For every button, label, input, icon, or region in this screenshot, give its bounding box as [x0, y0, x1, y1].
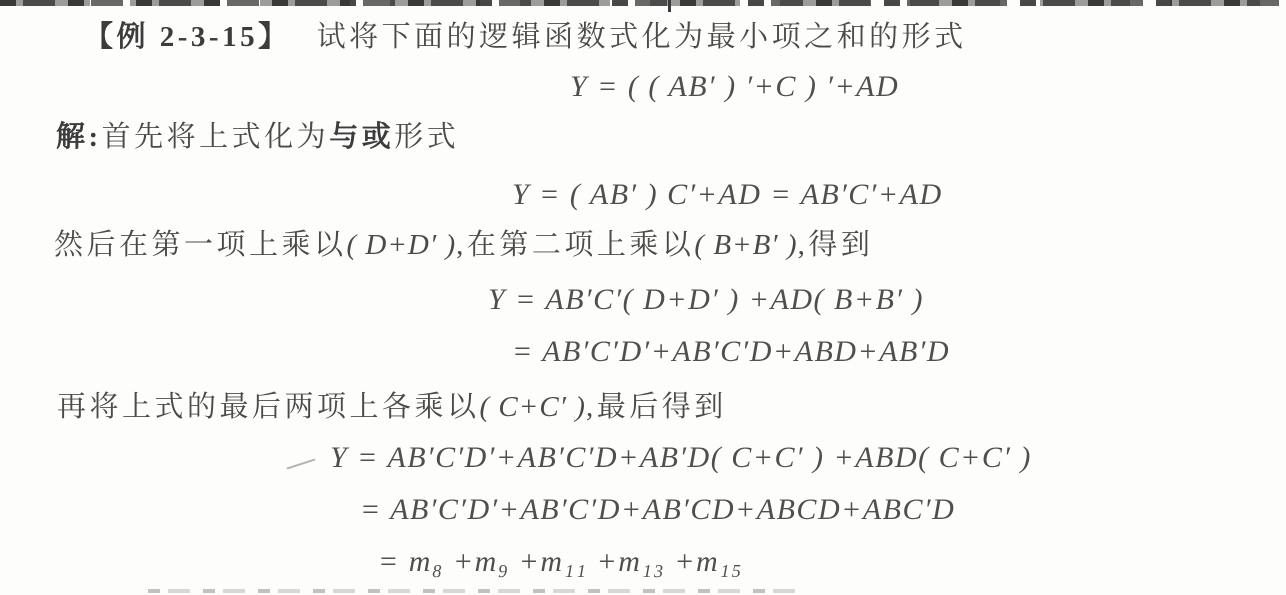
cropped-previous-line-artifact [0, 0, 1286, 6]
example-number-label: 【例 2-3-15】 [84, 21, 291, 53]
step2-post: ,得到 [798, 229, 874, 261]
pencil-stroke-artifact [286, 458, 315, 469]
step2-math2: ( B+B′ ) [694, 229, 797, 261]
solution-intro-bold: 与或 [329, 121, 394, 153]
solution-line: 解:首先将上式化为与或形式 [56, 120, 459, 155]
solution-label: 解: [56, 121, 102, 153]
cropped-next-line-artifact [148, 589, 808, 593]
step2-mid: ,在第二项上乘以 [456, 229, 694, 261]
cropped-vertical-stroke-artifact [668, 0, 671, 12]
formula-minterms: = m₈ +m₉ +m₁₁ +m₁₃ +m₁₅ [378, 545, 743, 580]
scanned-textbook-page: 【例 2-3-15】试将下面的逻辑函数式化为最小项之和的形式 Y = ( ( A… [0, 0, 1286, 595]
step-text-multiply-last-two: 再将上式的最后两项上各乘以( C+C′ ),最后得到 [57, 390, 727, 425]
formula-expand2-line1: Y = AB′C′D′+AB′C′D+AB′D( C+C′ ) +ABD( C+… [330, 441, 1032, 476]
step3-pre: 再将上式的最后两项上各乘以 [57, 391, 480, 423]
step3-post: ,最后得到 [586, 391, 727, 423]
step-text-multiply-first: 然后在第一项上乘以( D+D′ ),在第二项上乘以( B+B′ ),得到 [54, 228, 873, 263]
formula-given: Y = ( ( AB′ ) ′+C ) ′+AD [570, 70, 899, 105]
formula-expand1-line1: Y = AB′C′( D+D′ ) +AD( B+B′ ) [488, 283, 924, 318]
formula-expand2-line2: = AB′C′D′+AB′C′D+AB′CD+ABCD+ABC′D [360, 493, 955, 528]
solution-intro-post: 形式 [394, 121, 459, 153]
formula-and-or: Y = ( AB′ ) C′+AD = AB′C′+AD [512, 178, 943, 213]
solution-intro-pre: 首先将上式化为 [102, 121, 330, 153]
example-heading: 【例 2-3-15】试将下面的逻辑函数式化为最小项之和的形式 [84, 20, 967, 55]
step2-math1: ( D+D′ ) [347, 229, 457, 261]
problem-statement: 试将下面的逻辑函数式化为最小项之和的形式 [317, 21, 967, 53]
step2-pre: 然后在第一项上乘以 [54, 229, 347, 261]
step3-math1: ( C+C′ ) [480, 391, 586, 423]
formula-expand1-line2: = AB′C′D′+AB′C′D+ABD+AB′D [512, 335, 950, 370]
